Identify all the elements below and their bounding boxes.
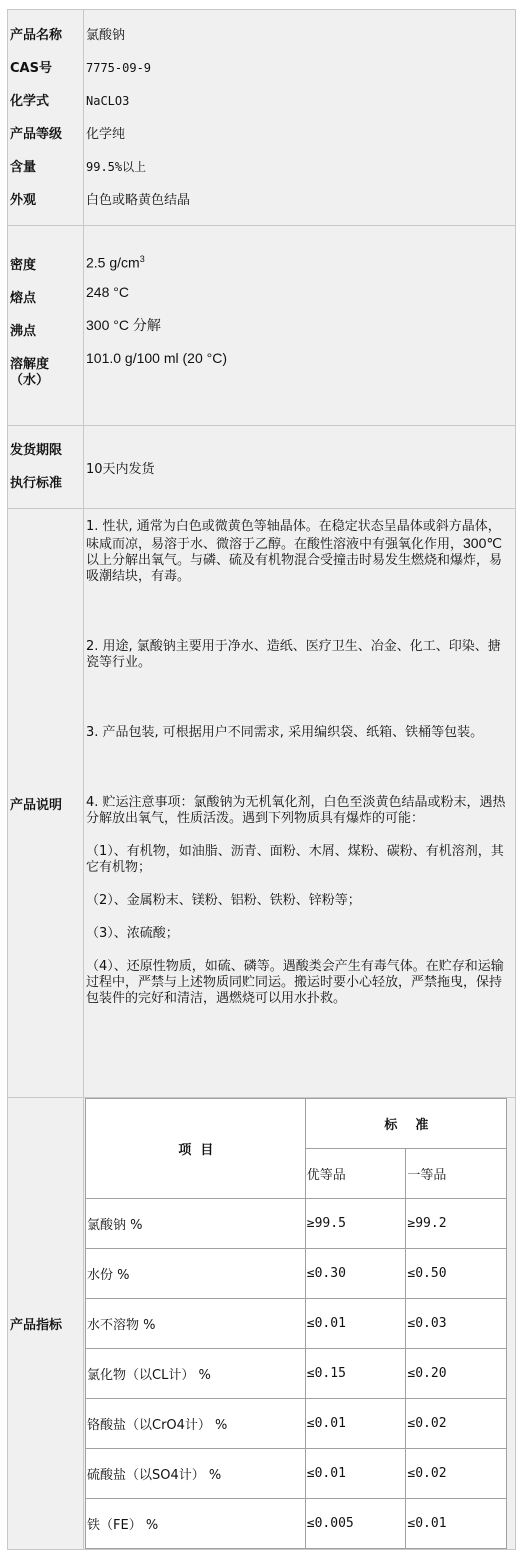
label-description: 产品说明 — [8, 509, 84, 1098]
desc-storage: 4. 贮运注意事项：氯酸钠为无机氧化剂，白色至淡黄色结晶或粉末，遇热分解放出氧气… — [86, 795, 512, 827]
label-delivery-period: 发货期限 — [10, 434, 83, 467]
value-content: 99.5%以上 — [86, 151, 515, 184]
value-melting-point: 248 °C — [86, 279, 515, 312]
spec-cell: 项 目 标 准 优等品 一等品 氯酸钠 % ≥99.5 ≥99.2 水份 % ≤… — [84, 1098, 516, 1550]
table-row: 铬酸盐（以CrO4计） % ≤0.01 ≤0.02 — [86, 1399, 507, 1449]
value-appearance: 白色或略黄色结晶 — [86, 184, 515, 217]
spec-item: 水份 % — [86, 1249, 306, 1299]
spec-premium: ≥99.5 — [305, 1199, 406, 1249]
desc-packaging: 3. 产品包装, 可根据用户不同需求, 采用编织袋、纸箱、铁桶等包装。 — [86, 725, 512, 741]
label-boiling-point: 沸点 — [10, 312, 83, 345]
label-solubility: 溶解度 （水） — [10, 345, 83, 390]
description-body: 1. 性状, 通常为白色或微黄色等轴晶体。在稳定状态呈晶体或斜方晶体，味咸而凉，… — [84, 509, 516, 1098]
label-solubility-main: 溶解度 — [10, 357, 49, 372]
description-section: 产品说明 1. 性状, 通常为白色或微黄色等轴晶体。在稳定状态呈晶体或斜方晶体，… — [8, 509, 516, 1098]
label-grade: 产品等级 — [10, 118, 83, 151]
spec-first: ≥99.2 — [406, 1199, 507, 1249]
label-content: 含量 — [10, 151, 83, 184]
delivery-section: 发货期限 执行标准 10天内发货 — [8, 426, 516, 509]
spec-section: 产品指标 项 目 标 准 优等品 一等品 氯酸钠 % ≥99.5 ≥99.2 水… — [8, 1098, 516, 1550]
table-row: 硫酸盐（以SO4计） % ≤0.01 ≤0.02 — [86, 1449, 507, 1499]
value-cas: 7775-09-9 — [86, 52, 515, 85]
desc-properties-b: 以上分解出氧气。与磷、硫及有机物混合受撞击时易发生燃烧和爆炸，易吸潮结块，有毒。 — [86, 553, 502, 584]
spec-premium: ≤0.005 — [305, 1499, 406, 1549]
value-formula: NaCLO3 — [86, 85, 515, 118]
label-appearance: 外观 — [10, 184, 83, 217]
table-row: 氯酸钠 % ≥99.5 ≥99.2 — [86, 1199, 507, 1249]
spec-premium: ≤0.01 — [305, 1449, 406, 1499]
physical-values: 2.5 g/cm3 248 °C 300 °C 分解 101.0 g/100 m… — [84, 226, 516, 426]
table-row: 水不溶物 % ≤0.01 ≤0.03 — [86, 1299, 507, 1349]
spec-premium: ≤0.01 — [305, 1399, 406, 1449]
spec-item: 水不溶物 % — [86, 1299, 306, 1349]
spec-item: 硫酸盐（以SO4计） % — [86, 1449, 306, 1499]
spec-first: ≤0.50 — [406, 1249, 507, 1299]
physical-section: 密度 熔点 沸点 溶解度 （水） 2.5 g/cm3 248 °C 300 °C… — [8, 226, 516, 426]
label-melting-point: 熔点 — [10, 279, 83, 312]
physical-labels: 密度 熔点 沸点 溶解度 （水） — [8, 226, 84, 426]
label-density: 密度 — [10, 246, 83, 279]
spec-header-row-1: 项 目 标 准 — [86, 1099, 507, 1149]
header-standard: 标 准 — [305, 1099, 506, 1149]
basic-info-section: 产品名称 CAS号 化学式 产品等级 含量 外观 氯酸钠 7775-09-9 N… — [8, 10, 516, 226]
desc-properties: 1. 性状, 通常为白色或微黄色等轴晶体。在稳定状态呈晶体或斜方晶体，味咸而凉，… — [86, 519, 512, 585]
header-grade-premium: 优等品 — [305, 1149, 406, 1199]
spec-first: ≤0.20 — [406, 1349, 507, 1399]
value-grade: 化学纯 — [86, 118, 515, 151]
header-grade-first: 一等品 — [406, 1149, 507, 1199]
value-solubility: 101.0 g/100 ml (20 °C) — [86, 345, 515, 378]
spec-first: ≤0.02 — [406, 1399, 507, 1449]
desc-storage-item-2: （2）、金属粉末、镁粉、铝粉、铁粉、锌粉等； — [86, 893, 512, 909]
product-info-table: 产品名称 CAS号 化学式 产品等级 含量 外观 氯酸钠 7775-09-9 N… — [7, 9, 516, 1550]
desc-storage-item-4: （4）、还原性物质，如硫、磷等。遇酸类会产生有毒气体。在贮存和运输过程中，严禁与… — [86, 959, 512, 1007]
label-spec: 产品指标 — [8, 1098, 84, 1550]
table-row: 氯化物（以CL计） % ≤0.15 ≤0.20 — [86, 1349, 507, 1399]
basic-info-values: 氯酸钠 7775-09-9 NaCLO3 化学纯 99.5%以上 白色或略黄色结… — [84, 10, 516, 226]
spec-item: 氯酸钠 % — [86, 1199, 306, 1249]
density-text: 2.5 g/cm — [86, 255, 140, 271]
desc-storage-item-1: （1）、有机物，如油脂、沥青、面粉、木屑、煤粉、碳粉、有机溶剂，其它有机物； — [86, 844, 512, 876]
label-exec-standard: 执行标准 — [10, 467, 83, 500]
spec-premium: ≤0.01 — [305, 1299, 406, 1349]
table-row: 水份 % ≤0.30 ≤0.50 — [86, 1249, 507, 1299]
value-boiling-point: 300 °C 分解 — [86, 312, 515, 345]
delivery-labels: 发货期限 执行标准 — [8, 426, 84, 509]
spec-first: ≤0.01 — [406, 1499, 507, 1549]
spec-premium: ≤0.30 — [305, 1249, 406, 1299]
label-cas: CAS号 — [10, 52, 83, 85]
spec-item: 铁（FE） % — [86, 1499, 306, 1549]
header-item: 项 目 — [86, 1099, 306, 1199]
label-formula: 化学式 — [10, 85, 83, 118]
value-density: 2.5 g/cm3 — [86, 246, 515, 279]
label-product-name: 产品名称 — [10, 19, 83, 52]
desc-properties-highlight: 300℃ — [463, 535, 502, 551]
label-solubility-sub: （水） — [10, 373, 49, 388]
value-product-name: 氯酸钠 — [86, 19, 515, 52]
desc-uses: 2. 用途, 氯酸钠主要用于净水、造纸、医疗卫生、冶金、化工、印染、搪瓷等行业。 — [86, 639, 512, 671]
value-delivery: 10天内发货 — [84, 426, 516, 509]
spec-table: 项 目 标 准 优等品 一等品 氯酸钠 % ≥99.5 ≥99.2 水份 % ≤… — [85, 1098, 507, 1549]
desc-properties-a: 1. 性状, 通常为白色或微黄色等轴晶体。在稳定状态呈晶体或斜方晶体，味咸而凉，… — [86, 519, 501, 552]
table-row: 铁（FE） % ≤0.005 ≤0.01 — [86, 1499, 507, 1549]
basic-info-labels: 产品名称 CAS号 化学式 产品等级 含量 外观 — [8, 10, 84, 226]
spec-item: 铬酸盐（以CrO4计） % — [86, 1399, 306, 1449]
spec-first: ≤0.02 — [406, 1449, 507, 1499]
density-superscript: 3 — [140, 254, 145, 264]
spec-premium: ≤0.15 — [305, 1349, 406, 1399]
spec-item: 氯化物（以CL计） % — [86, 1349, 306, 1399]
desc-storage-item-3: （3）、浓硫酸； — [86, 926, 512, 942]
spec-first: ≤0.03 — [406, 1299, 507, 1349]
